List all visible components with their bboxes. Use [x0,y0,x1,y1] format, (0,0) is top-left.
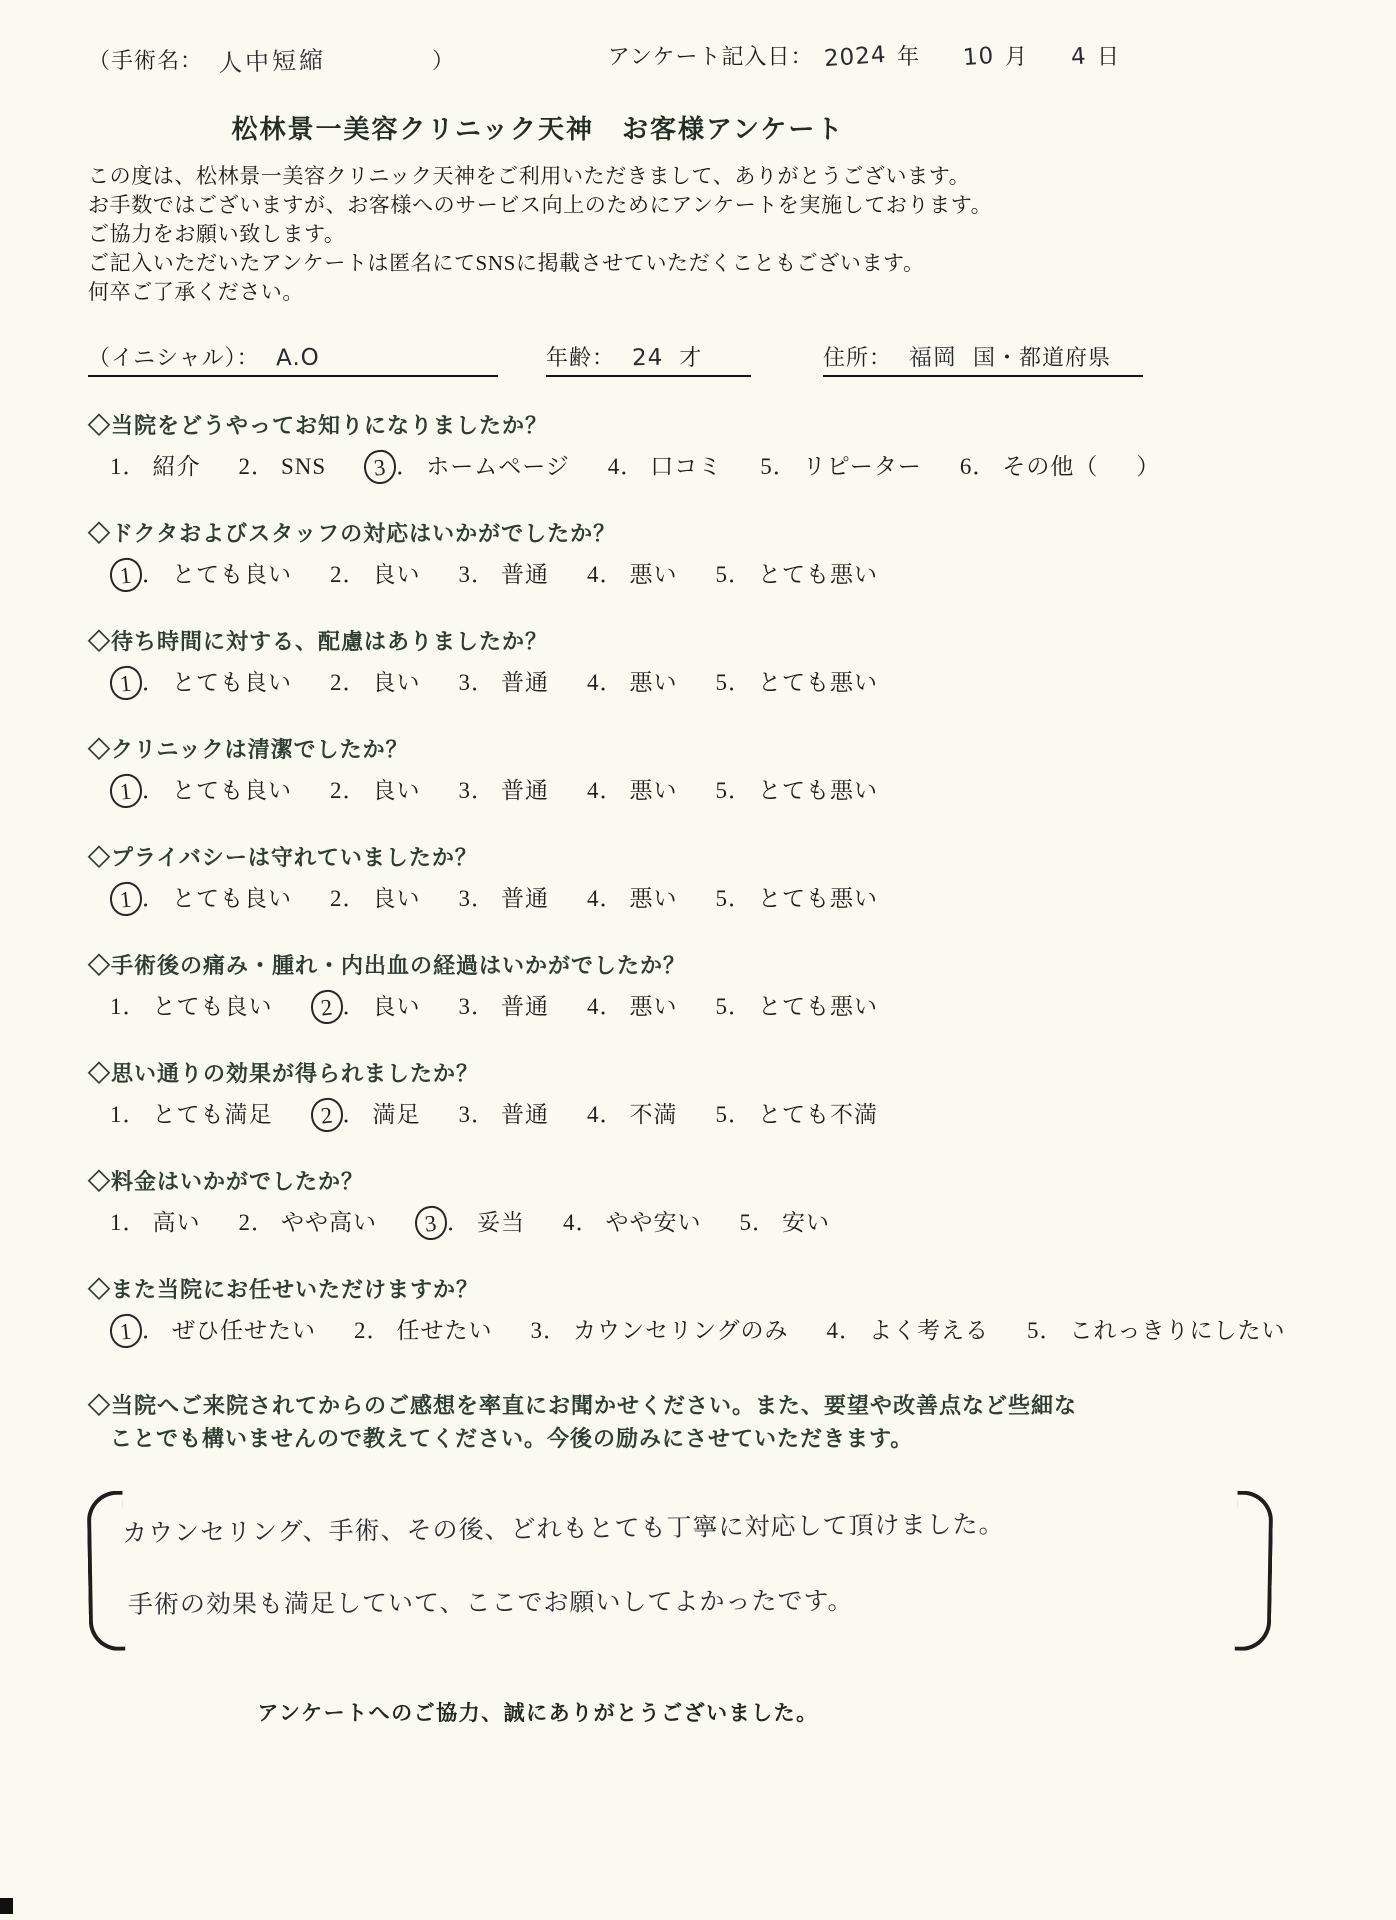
option-number: 2 [330,881,343,917]
option-number: 1 [110,1205,123,1241]
option-label: その他（ [1002,449,1098,485]
address-field: 住所： 福岡 国・都道府県 [823,339,1143,377]
option-number: 1 [110,1097,123,1133]
option-label: とても悪い [758,773,878,809]
option-number: 1 [110,989,123,1025]
option-number: 3 [531,1313,544,1349]
option-number: 4 [608,449,621,485]
date-day-handwritten: 4 [1066,43,1091,71]
option-label: 安い [782,1205,830,1241]
content-area: （手術名： 人中短縮 ） アンケート記入日： 2024 年 10 月 4 日 松… [0,0,1396,1727]
question-free-comment: ◇当院へご来院されてからのご感想を率直にお聞かせください。また、要望や改善点など… [88,1389,1328,1455]
option-label: とても悪い [758,557,878,593]
option-number: 6 [960,449,973,485]
option-number: 3 [459,557,472,593]
option-number: 3 [459,1097,472,1133]
option-separator: ． [142,881,166,917]
option-label: 悪い [630,881,678,917]
option-separator: ． [396,449,420,485]
option-2: 2．良い [330,665,421,701]
option-separator: ． [728,773,752,809]
option-separator: ． [142,1313,166,1349]
option-label: 普通 [501,989,549,1025]
option-4: 4．悪い [587,989,678,1025]
option-number: 4 [563,1205,576,1241]
question-options: 1．ぜひ任せたい2．任せたい3．カウンセリングのみ4．よく考える5．これっきりに… [88,1313,1328,1349]
option-separator: ． [447,1205,471,1241]
surgery-label-close: ） [432,48,455,73]
age-suffix: 才 [679,345,702,370]
intro-line: ご協力をお願い致します。 [88,220,1328,249]
option-label: 良い [373,773,421,809]
date-year-handwritten: 2024 [819,42,891,73]
option-separator: ． [576,1205,600,1241]
option-number: 5 [716,989,729,1025]
option-label: 妥当 [477,1205,525,1241]
option-separator: ． [123,449,147,485]
option-label: やや高い [281,1205,377,1241]
option-number: 3 [459,773,472,809]
option-separator: ． [142,557,166,593]
question-how-found: ◇当院をどうやってお知りになりましたか？ 1．紹介2．SNS3．ホームページ4．… [88,411,1328,485]
option-label: 良い [373,557,421,593]
surgery-name-handwritten: 人中短縮 [209,36,426,79]
initial-field: （イニシャル）： A.O [88,341,498,377]
option-label: 不満 [630,1097,678,1133]
question-effect: ◇思い通りの効果が得られましたか？ 1．とても満足2．満足3．普通4．不満5．と… [88,1059,1328,1133]
survey-scan-page: （手術名： 人中短縮 ） アンケート記入日： 2024 年 10 月 4 日 松… [0,0,1396,1920]
option-number: 1 [110,449,123,485]
option-3-selected: 3．妥当 [415,1205,525,1241]
option-5: 5．リピーター [760,449,922,485]
option-label: 口コミ [650,449,722,485]
option-label: よく考える [869,1313,989,1349]
option-label: とても良い [172,665,292,701]
question-return-intent: ◇また当院にお任せいただけますか？ 1．ぜひ任せたい2．任せたい3．カウンセリン… [88,1275,1328,1349]
question-options: 1．とても良い2．良い3．普通4．悪い5．とても悪い [88,773,1328,809]
age-field: 年齢： 24 才 [546,341,751,377]
surgery-name-field: （手術名： 人中短縮 ） [88,40,455,75]
option-label: 高い [153,1205,201,1241]
option-label: 悪い [630,665,678,701]
option-number: 5 [716,1097,729,1133]
option-label: 普通 [501,773,549,809]
option-5: 5．とても悪い [716,773,879,809]
option-separator: ． [543,1313,567,1349]
option-4: 4．悪い [587,665,678,701]
option-label: とても悪い [758,881,878,917]
option-separator: ． [620,449,644,485]
option-separator: ． [1040,1313,1064,1349]
option-separator: ． [123,989,147,1025]
option-separator: ． [343,1097,367,1133]
option-2: 2．良い [330,773,421,809]
address-suffix: 国・都道府県 [973,345,1111,370]
option-separator: ． [123,1205,147,1241]
option-label: とても良い [172,557,292,593]
option-number: 4 [587,773,600,809]
option-separator: ． [343,665,367,701]
option-1-selected: 1．とても良い [110,557,292,593]
option-separator: ． [600,773,624,809]
option-label: SNS [281,449,326,485]
option-number: 3 [459,665,472,701]
option-number: 5 [740,1205,753,1241]
selected-circle-mark: 1 [108,772,143,809]
option-label: 良い [373,989,421,1025]
option-label: 満足 [373,1097,421,1133]
option-separator: ． [600,989,624,1025]
option-3-selected: 3．ホームページ [364,449,570,485]
option-3: 3．普通 [459,989,550,1025]
option-separator: ． [600,1097,624,1133]
option-separator: ． [728,557,752,593]
option-separator: ． [728,881,752,917]
option-1-selected: 1．とても良い [110,881,292,917]
option-label: 普通 [501,665,549,701]
selected-circle-mark: 2 [309,988,344,1025]
option-number: 5 [716,881,729,917]
survey-date-field: アンケート記入日： 2024 年 10 月 4 日 [608,40,1120,71]
option-label: とても良い [172,773,292,809]
question-heading: ◇クリニックは清潔でしたか？ [88,735,1328,765]
option-label: カウンセリングのみ [573,1313,789,1349]
option-5: 5．とても悪い [716,665,879,701]
option-1: 1．とても良い [110,989,273,1025]
option-4: 4．悪い [587,773,678,809]
option-number: 5 [760,449,773,485]
option-label: とても良い [153,989,273,1025]
option-number: 2 [239,449,252,485]
option-separator: ． [367,1313,391,1349]
option-5: 5．とても悪い [716,989,879,1025]
option-2-selected: 2．良い [311,989,421,1025]
option-separator: ． [600,557,624,593]
option-3: 3．普通 [459,665,550,701]
option-1-selected: 1．とても良い [110,665,292,701]
option-separator: ． [471,773,495,809]
address-label: 住所： [823,345,892,370]
option-separator: ． [343,557,367,593]
selected-circle-mark: 1 [108,664,143,701]
option-label: 悪い [630,989,678,1025]
option-number: 2 [330,557,343,593]
handwritten-comment: カウンセリング、手術、その後、どれもとても丁寧に対応して頂けました。 手術の効果… [88,1491,1328,1657]
initial-value-handwritten: A.O [266,344,330,371]
option-number: 4 [587,989,600,1025]
option-number: 5 [716,557,729,593]
question-staff-response: ◇ドクタおよびスタッフの対応はいかがでしたか？ 1．とても良い2．良い3．普通4… [88,519,1328,593]
intro-line: ご記入いただいたアンケートは匿名にてSNSに掲載させていただくこともございます。 [88,249,1328,278]
option-3: 3．普通 [459,1097,550,1133]
option-separator: ． [728,1097,752,1133]
surgery-label-open: （手術名： [88,48,203,73]
option-label: 悪い [630,557,678,593]
option-4: 4．よく考える [827,1313,990,1349]
intro-line: この度は、松林景一美容クリニック天神をご利用いただきまして、ありがとうございます… [88,162,1328,191]
selected-circle-mark: 3 [413,1204,448,1241]
option-separator: ． [343,989,367,1025]
intro-paragraph: この度は、松林景一美容クリニック天神をご利用いただきまして、ありがとうございます… [88,162,1328,307]
option-label: 普通 [501,881,549,917]
question-options: 1．紹介2．SNS3．ホームページ4．口コミ5．リピーター6．その他（） [88,449,1328,485]
year-suffix: 年 [897,44,920,69]
option-1-selected: 1．ぜひ任せたい [110,1313,316,1349]
option-label: 悪い [630,773,678,809]
option-separator: ． [471,881,495,917]
question-heading: ◇思い通りの効果が得られましたか？ [88,1059,1328,1089]
scan-artifact-mark [0,1898,13,1914]
question-heading: ◇待ち時間に対する、配慮はありましたか？ [88,627,1328,657]
option-4: 4．不満 [587,1097,678,1133]
option-label: これっきりにしたい [1070,1313,1286,1349]
option-4: 4．悪い [587,557,678,593]
option-number: 5 [716,773,729,809]
comment-line: 手術の効果も満足していて、ここでお願いしてよかったです。 [122,1581,854,1621]
option-label: 普通 [501,1097,549,1133]
question-heading: ◇料金はいかがでしたか？ [88,1167,1328,1197]
option-number: 3 [459,881,472,917]
option-number: 5 [716,665,729,701]
option-2: 2．任せたい [354,1313,493,1349]
date-label: アンケート記入日： [608,44,814,69]
option-separator: ． [142,773,166,809]
option-separator: ． [471,557,495,593]
left-bracket-mark [87,1491,126,1652]
month-suffix: 月 [1005,44,1028,69]
option-3: 3．普通 [459,881,550,917]
option-separator: ． [251,449,275,485]
question-heading: ◇プライバシーは守れていましたか？ [88,843,1328,873]
option-label: とても良い [172,881,292,917]
option-label: ぜひ任せたい [172,1313,316,1349]
option-number: 5 [1027,1313,1040,1349]
day-suffix: 日 [1097,44,1120,69]
header-row: （手術名： 人中短縮 ） アンケート記入日： 2024 年 10 月 4 日 [88,40,1328,75]
option-2: 2．良い [330,881,421,917]
option-6: 6．その他（ [960,449,1099,485]
option-label: 良い [373,881,421,917]
question-privacy: ◇プライバシーは守れていましたか？ 1．とても良い2．良い3．普通4．悪い5．と… [88,843,1328,917]
right-bracket-mark [1235,1491,1274,1652]
option-separator: ． [471,989,495,1025]
form-title: 松林景一美容クリニック天神 お客様アンケート [88,109,988,146]
option-label: ホームページ [426,449,570,485]
option-3: 3．普通 [459,557,550,593]
option-number: 2 [330,665,343,701]
other-option-closing-paren: ） [1136,449,1160,485]
option-separator: ． [752,1205,776,1241]
option-1-selected: 1．とても良い [110,773,292,809]
option-separator: ． [728,989,752,1025]
selected-circle-mark: 2 [309,1096,344,1133]
option-2: 2．良い [330,557,421,593]
option-separator: ． [142,665,166,701]
option-4: 4．やや安い [563,1205,702,1241]
option-separator: ． [343,881,367,917]
respondent-profile-row: （イニシャル）： A.O 年齢： 24 才 住所： 福岡 国・都道府県 [88,339,1328,377]
option-separator: ． [728,665,752,701]
question-options: 1．とても良い2．良い3．普通4．悪い5．とても悪い [88,557,1328,593]
option-number: 2 [330,773,343,809]
intro-line: お手数ではございますが、お客様へのサービス向上のためにアンケートを実施しておりま… [88,191,1328,220]
option-label: 普通 [501,557,549,593]
option-label: とても悪い [758,989,878,1025]
option-2: 2．SNS [239,449,327,485]
option-5: 5．とても悪い [716,881,879,917]
option-4: 4．悪い [587,881,678,917]
option-separator: ． [123,1097,147,1133]
option-number: 4 [587,881,600,917]
selected-circle-mark: 1 [108,1312,143,1349]
question-options: 1．とても良い2．良い3．普通4．悪い5．とても悪い [88,881,1328,917]
option-separator: ． [343,773,367,809]
age-label: 年齢： [546,345,615,370]
option-separator: ． [773,449,797,485]
question-options: 1．とても良い2．良い3．普通4．悪い5．とても悪い [88,989,1328,1025]
option-label: 紹介 [153,449,201,485]
question-cleanliness: ◇クリニックは清潔でしたか？ 1．とても良い2．良い3．普通4．悪い5．とても悪… [88,735,1328,809]
question-options: 1．とても良い2．良い3．普通4．悪い5．とても悪い [88,665,1328,701]
question-wait-time: ◇待ち時間に対する、配慮はありましたか？ 1．とても良い2．良い3．普通4．悪い… [88,627,1328,701]
question-price: ◇料金はいかがでしたか？ 1．高い2．やや高い3．妥当4．やや安い5．安い [88,1167,1328,1241]
intro-line: 何卒ご了承ください。 [88,278,1328,307]
free-comment-line1: ◇当院へご来院されてからのご感想を率直にお聞かせください。また、要望や改善点など… [88,1389,1328,1422]
question-heading: ◇ドクタおよびスタッフの対応はいかがでしたか？ [88,519,1328,549]
question-options: 1．高い2．やや高い3．妥当4．やや安い5．安い [88,1205,1328,1241]
comment-box: カウンセリング、手術、その後、どれもとても丁寧に対応して頂けました。 手術の効果… [88,1491,1328,1681]
option-1: 1．とても満足 [110,1097,273,1133]
selected-circle-mark: 1 [108,556,143,593]
option-number: 4 [587,665,600,701]
option-label: とても満足 [153,1097,273,1133]
option-5: 5．安い [740,1205,831,1241]
option-1: 1．紹介 [110,449,201,485]
option-separator: ． [600,665,624,701]
option-3: 3．普通 [459,773,550,809]
free-comment-line2: ことでも構いませんので教えてください。今後の励みにさせていただきます。 [88,1422,1328,1455]
option-separator: ． [839,1313,863,1349]
option-2-selected: 2．満足 [311,1097,421,1133]
option-number: 4 [827,1313,840,1349]
question-options: 1．とても満足2．満足3．普通4．不満5．とても不満 [88,1097,1328,1133]
option-4: 4．口コミ [608,449,723,485]
option-5: 5．とても悪い [716,557,879,593]
option-separator: ． [600,881,624,917]
option-5: 5．とても不満 [716,1097,879,1133]
option-separator: ． [251,1205,275,1241]
date-month-handwritten: 10 [958,43,999,72]
option-1: 1．高い [110,1205,201,1241]
option-number: 2 [239,1205,252,1241]
option-5: 5．これっきりにしたい [1027,1313,1286,1349]
selected-circle-mark: 1 [108,880,143,917]
option-separator: ． [471,1097,495,1133]
comment-line: カウンセリング、手術、その後、どれもとても丁寧に対応して頂けました。 [122,1504,1005,1549]
question-heading: ◇また当院にお任せいただけますか？ [88,1275,1328,1305]
question-heading: ◇手術後の痛み・腫れ・内出血の経過はいかがでしたか？ [88,951,1328,981]
initial-label: （イニシャル）： [88,345,260,370]
option-label: リピーター [803,449,922,485]
option-number: 2 [354,1313,367,1349]
closing-thanks: アンケートへのご協力、誠にありがとうございました。 [88,1697,988,1727]
option-number: 3 [459,989,472,1025]
question-heading: ◇当院をどうやってお知りになりましたか？ [88,411,1328,441]
option-label: とても不満 [758,1097,878,1133]
option-number: 4 [587,1097,600,1133]
option-3: 3．カウンセリングのみ [531,1313,789,1349]
age-value-handwritten: 24 [621,345,673,372]
option-label: とても悪い [758,665,878,701]
option-separator: ． [471,665,495,701]
option-label: 良い [373,665,421,701]
selected-circle-mark: 3 [363,448,398,485]
option-label: 任せたい [397,1313,493,1349]
option-number: 4 [587,557,600,593]
address-value-handwritten: 福岡 [898,338,967,372]
option-separator: ． [972,449,996,485]
question-post-surgery: ◇手術後の痛み・腫れ・内出血の経過はいかがでしたか？ 1．とても良い2．良い3．… [88,951,1328,1025]
option-2: 2．やや高い [239,1205,378,1241]
option-label: やや安い [606,1205,702,1241]
